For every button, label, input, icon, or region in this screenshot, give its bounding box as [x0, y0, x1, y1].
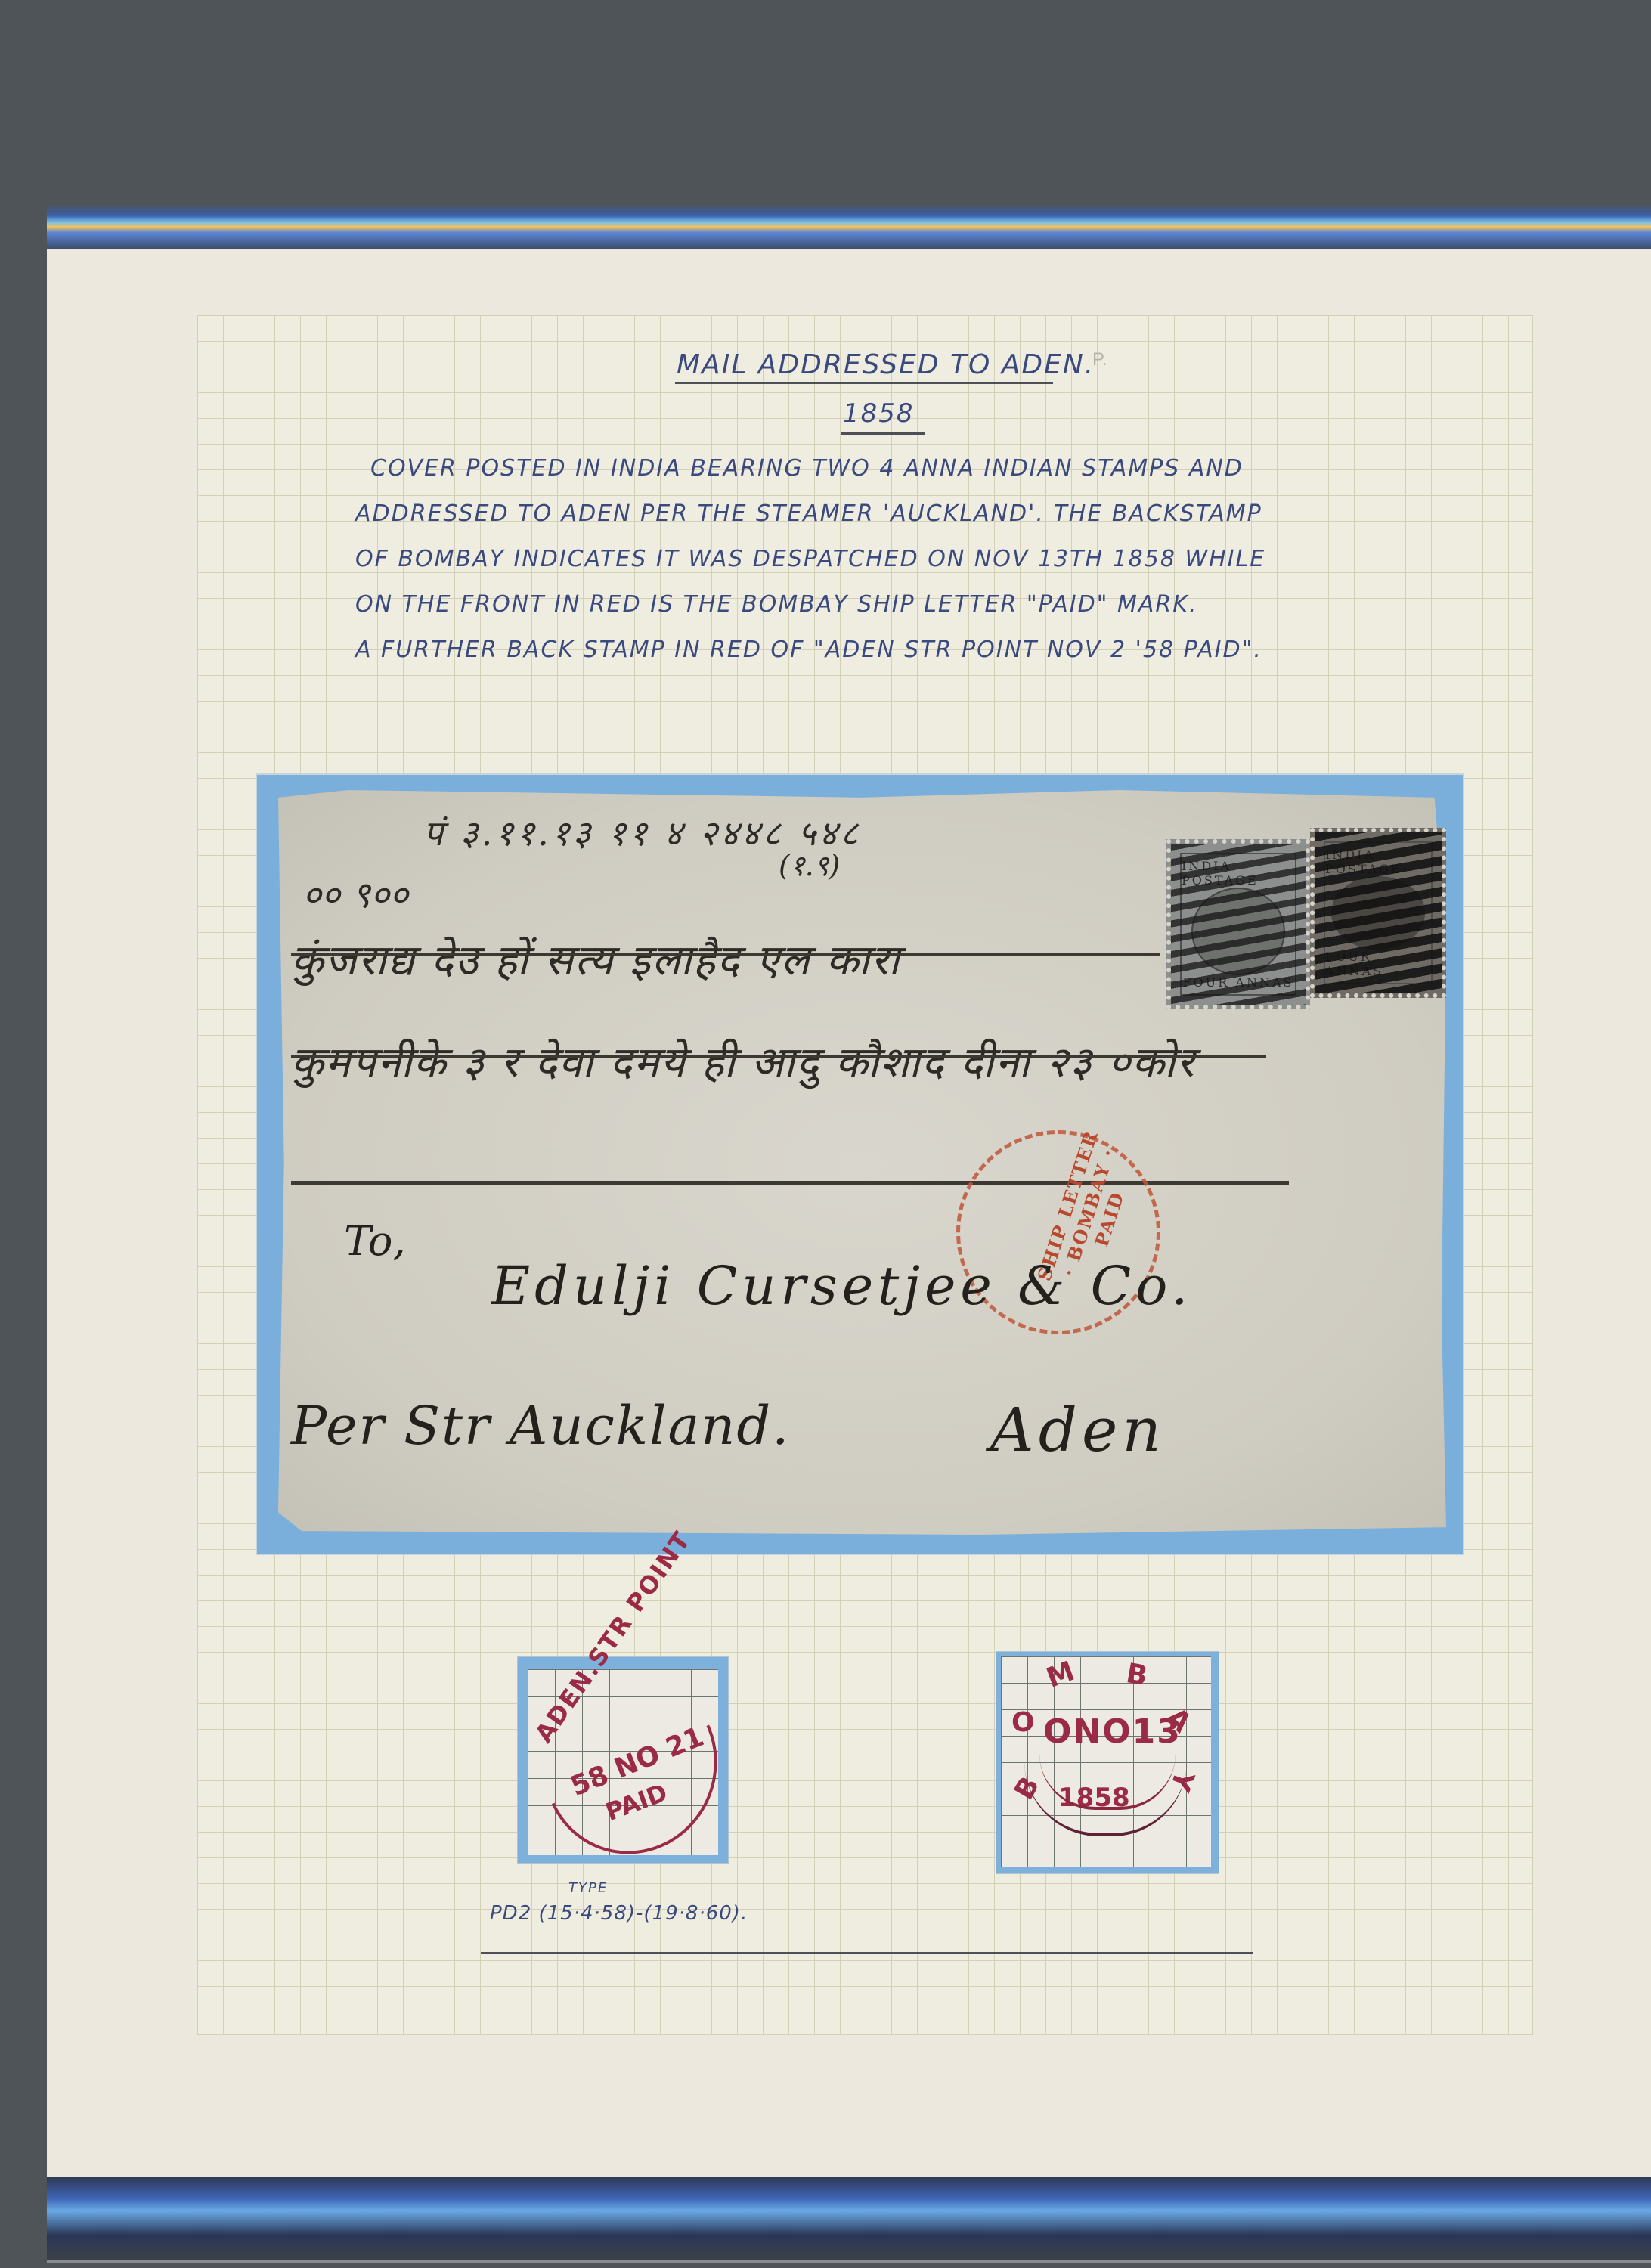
script-strikeline	[291, 1055, 1266, 1058]
bombay-postmark-date: ONO13	[1043, 1712, 1182, 1751]
type-label: TYPE	[568, 1880, 608, 1896]
numeral-cancel	[1171, 844, 1306, 1005]
type-range: PD2 (15·4·58)-(19·8·60).	[490, 1902, 748, 1925]
page-year: 1858	[843, 398, 915, 429]
page-title: MAIL ADDRESSED TO ADEN.	[677, 349, 1095, 380]
top-protective-sleeve	[47, 136, 1651, 249]
address-prefix: To,	[344, 1217, 406, 1265]
bombay-letter: O	[1011, 1707, 1035, 1738]
year-underline	[841, 432, 925, 435]
routing-instruction: Per Str Auckland.	[291, 1395, 790, 1457]
title-underline	[675, 382, 1053, 384]
destination: Aden	[990, 1395, 1166, 1465]
postage-stamp: INDIA POSTAGE FOUR ANNAS	[1166, 839, 1310, 1009]
description-line: ON THE FRONT IN RED IS THE BOMBAY SHIP L…	[355, 582, 1376, 627]
pencil-note: P.	[1092, 349, 1107, 370]
addressee: Edulji Cursetjee & Co.	[491, 1255, 1192, 1317]
description: COVER POSTED IN INDIA BEARING TWO 4 ANNA…	[355, 446, 1376, 673]
bottom-protective-sleeve	[47, 2177, 1651, 2260]
script-strikeline	[291, 953, 1160, 956]
description-line: A FURTHER BACK STAMP IN RED OF "ADEN STR…	[355, 627, 1376, 673]
cover-script-line-3: कुमपनीके ३ र देवा दमये ही आदु कौशाद दीना…	[291, 1032, 1196, 1089]
bottom-divider	[481, 1952, 1253, 1954]
description-line: OF BOMBAY INDICATES IT WAS DESPATCHED ON…	[355, 537, 1376, 582]
cover-script-code: (१.९)	[779, 845, 840, 885]
postage-stamp: INDIA POSTAGE FOUR ANNAS	[1310, 828, 1446, 998]
sleeve-edge	[47, 2260, 1651, 2263]
numeral-cancel	[1315, 832, 1442, 993]
cover-script-line-2: कुंजराद्य देउ हों सत्य इलाहैद एल कारा	[291, 930, 901, 987]
description-line: COVER POSTED IN INDIA BEARING TWO 4 ANNA…	[355, 446, 1376, 491]
cover-script-line-1: ०० ९००	[302, 869, 408, 919]
description-line: ADDRESSED TO ADEN PER THE STEAMER 'AUCKL…	[355, 491, 1376, 537]
